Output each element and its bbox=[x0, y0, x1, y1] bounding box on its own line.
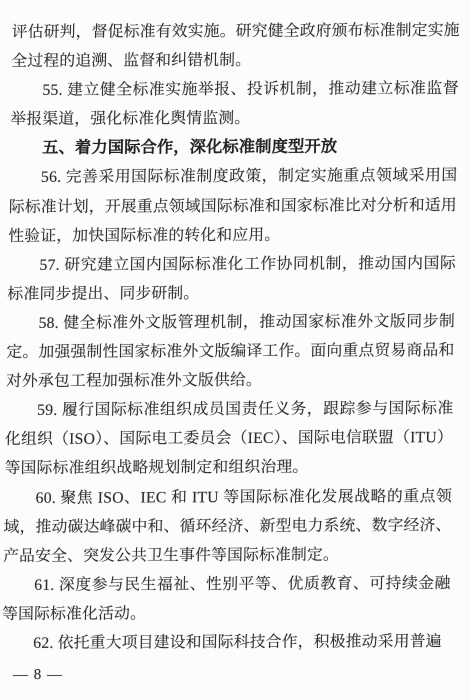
paragraph-59: 59. 履行国际标准组织成员国责任义务，跟踪参与国际标准化组织（ISO）、国际电… bbox=[4, 394, 453, 483]
paragraph-58: 58. 健全标准外文版管理机制，推动国家标准外文版同步制定。加强强制性国家标准外… bbox=[6, 307, 455, 396]
page-number: — 8 — bbox=[13, 667, 63, 684]
paragraph-61: 61. 深度参与民生福祉、性别平等、优质教育、可持续金融等国际标准化活动。 bbox=[2, 569, 451, 629]
paragraph-57: 57. 研究建立国内国际标准化工作协同机制，推动国内国际标准同步提出、同步研制。 bbox=[7, 249, 456, 309]
page-body-text: 评估研判，督促标准有效实施。研究健全政府颁布标准制定实施全过程的追溯、监督和纠错… bbox=[1, 16, 460, 658]
paragraph-60: 60. 聚焦 ISO、IEC 和 ITU 等国际标准化发展战略的重点领域，推动碳… bbox=[3, 482, 452, 571]
paragraph-62: 62. 依托重大项目建设和国际科技合作，积极推动采用普遍 bbox=[1, 627, 449, 658]
paragraph-continuation: 评估研判，督促标准有效实施。研究健全政府颁布标准制定实施全过程的追溯、监督和纠错… bbox=[11, 16, 460, 76]
document-page: 评估研判，督促标准有效实施。研究健全政府颁布标准制定实施全过程的追溯、监督和纠错… bbox=[0, 0, 470, 700]
section-heading: 五、着力国际合作，深化标准制度型开放 bbox=[10, 132, 458, 163]
paragraph-55: 55. 建立健全标准实施举报、投诉机制，推动建立标准监督举报渠道，强化标准化舆情… bbox=[10, 74, 459, 134]
paragraph-56: 56. 完善采用国际标准制度政策，制定实施重点领域采用国际标准计划，开展重点领域… bbox=[8, 162, 457, 251]
